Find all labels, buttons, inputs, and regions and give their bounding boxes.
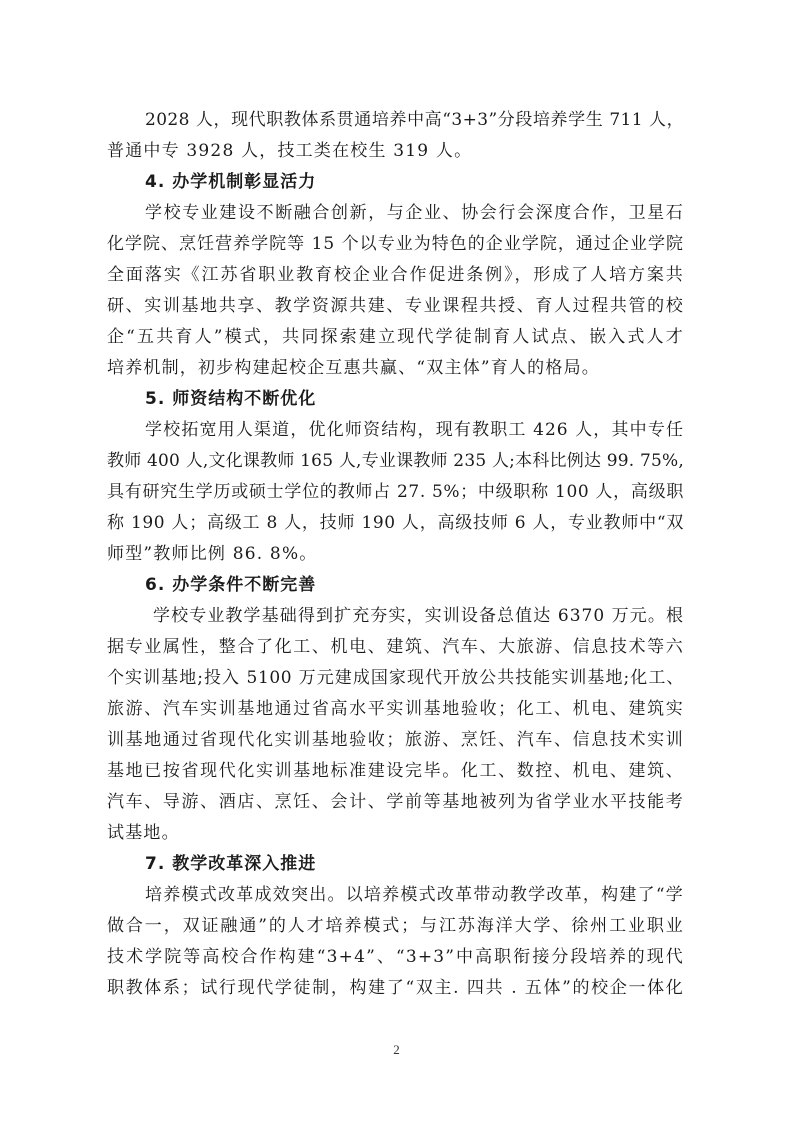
text-line: 据专业属性，整合了化工、机电、建筑、汽车、大旅游、信息技术等六 <box>107 632 684 663</box>
text-line: 做合一，双证融通”的人才培养模式；与江苏海洋大学、徐州工业职业 <box>107 911 684 942</box>
text-line: 全面落实《江苏省职业教育校企业合作促进条例》，形成了人培方案共 <box>107 260 684 291</box>
section-heading-7: 7. 教学改革深入推进 <box>107 849 684 880</box>
text-line: 旅游、汽车实训基地通过省高水平实训基地验收；化工、机电、建筑实 <box>107 694 684 725</box>
text-line: 个实训基地;投入 5100 万元建成国家现代开放公共技能实训基地;化工、 <box>107 663 684 694</box>
text-line: 2028 人，现代职教体系贯通培养中高“3+3”分段培养学生 711 人， <box>107 105 684 136</box>
document-page: 2028 人，现代职教体系贯通培养中高“3+3”分段培养学生 711 人， 普通… <box>107 105 684 1004</box>
text-line: 基地已按省现代化实训基地标准建设完毕。化工、数控、机电、建筑、 <box>107 756 684 787</box>
section-heading-4: 4. 办学机制彰显活力 <box>107 167 684 198</box>
text-line: 教师 400 人,文化课教师 165 人,专业课教师 235 人;本科比例达 9… <box>107 446 684 477</box>
text-line: 训基地通过省现代化实训基地验收；旅游、烹饪、汽车、信息技术实训 <box>107 725 684 756</box>
text-line: 学校专业教学基础得到扩充夯实，实训设备总值达 6370 万元。根 <box>107 601 684 632</box>
text-line: 培养机制，初步构建起校企互惠共赢、“双主体”育人的格局。 <box>107 353 684 384</box>
text-line: 培养模式改革成效突出。以培养模式改革带动教学改革，构建了“学 <box>107 880 684 911</box>
text-line: 研、实训基地共享、教学资源共建、专业课程共授、育人过程共管的校 <box>107 291 684 322</box>
text-line: 技术学院等高校合作构建“3+4”、“3+3”中高职衔接分段培养的现代 <box>107 942 684 973</box>
text-line: 学校专业建设不断融合创新，与企业、协会行会深度合作，卫星石 <box>107 198 684 229</box>
section-heading-5: 5. 师资结构不断优化 <box>107 384 684 415</box>
text-line: 化学院、烹饪营养学院等 15 个以专业为特色的企业学院，通过企业学院 <box>107 229 684 260</box>
text-line: 具有研究生学历或硕士学位的教师占 27. 5%；中级职称 100 人，高级职 <box>107 477 684 508</box>
text-line: 普通中专 3928 人，技工类在校生 319 人。 <box>107 136 684 167</box>
text-line: 学校拓宽用人渠道，优化师资结构，现有教职工 426 人，其中专任 <box>107 415 684 446</box>
text-line: 职教体系；试行现代学徒制，构建了“双主. 四共 . 五体”的校企一体化 <box>107 973 684 1004</box>
section-heading-6: 6. 办学条件不断完善 <box>107 570 684 601</box>
text-line: 汽车、导游、酒店、烹饪、会计、学前等基地被列为省学业水平技能考 <box>107 787 684 818</box>
text-line: 称 190 人；高级工 8 人，技师 190 人，高级技师 6 人，专业教师中“… <box>107 508 684 539</box>
page-number: 2 <box>0 1042 793 1058</box>
text-line: 师型”教师比例 86. 8%。 <box>107 539 684 570</box>
text-line: 企“五共育人”模式，共同探索建立现代学徒制育人试点、嵌入式人才 <box>107 322 684 353</box>
text-line: 试基地。 <box>107 818 684 849</box>
